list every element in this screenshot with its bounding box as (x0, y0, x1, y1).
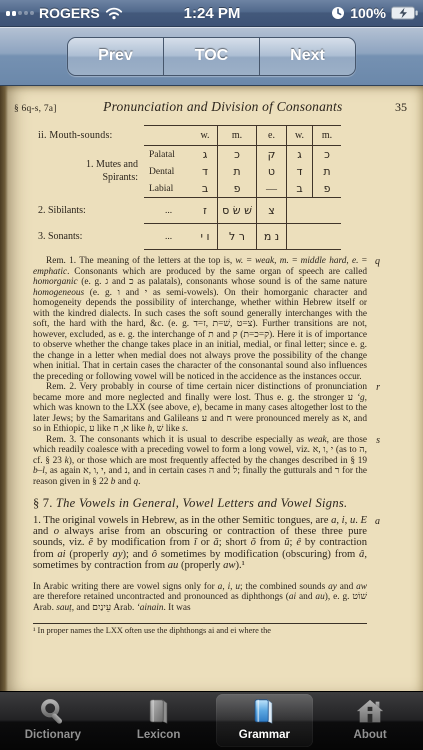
tab-label: About (354, 729, 387, 741)
page-header: § 6q-s, 7a] Pronunciation and Division o… (14, 99, 407, 115)
col-header-e: e. (257, 126, 287, 146)
tab-lexicon[interactable]: Lexicon (106, 692, 212, 750)
tab-dictionary[interactable]: Dictionary (0, 692, 106, 750)
col-header-m2: m. (313, 126, 342, 146)
tab-bar: Dictionary Lexicon (0, 691, 423, 750)
table-row: 3. Sonants: ... ו י ר ל נ מ (34, 224, 341, 250)
tab-label: Grammar (239, 729, 290, 741)
toc-button[interactable]: TOC (163, 38, 259, 75)
clock-time-label: 1:24 PM (184, 5, 241, 22)
page-number: 35 (389, 100, 407, 115)
book-icon (144, 696, 174, 728)
tab-label: Dictionary (25, 729, 81, 741)
footnote-divider (33, 623, 367, 624)
table-row: 1. Mutes and Spirants: Palatal ג כ ק ג כ (34, 146, 341, 164)
arabic-note-paragraph: In Arabic writing there are vowel signs … (33, 582, 367, 614)
alarm-clock-icon (331, 6, 345, 20)
tab-about[interactable]: About (317, 692, 423, 750)
col-header-w2: w. (287, 126, 313, 146)
app-screen: ROGERS 1:24 PM 100% (0, 0, 423, 750)
search-icon (38, 696, 68, 728)
margin-letter-s: s (376, 436, 380, 447)
table-row: 2. Sibilants: ... ז שׁ שׂ ס צ (34, 198, 341, 224)
book-page-view[interactable]: § 6q-s, 7a] Pronunciation and Division o… (0, 86, 423, 694)
book-icon-selected (249, 696, 279, 728)
prev-button[interactable]: Prev (68, 38, 163, 75)
section-reference: § 6q-s, 7a] (14, 104, 57, 114)
carrier-label: ROGERS (39, 5, 100, 21)
sibilants-label: 2. Sibilants: (34, 198, 144, 224)
page-title: Pronunciation and Division of Consonants (57, 99, 389, 115)
tab-grammar[interactable]: Grammar (212, 692, 318, 750)
status-right: 100% (240, 5, 423, 21)
sonants-label: 3. Sonants: (34, 224, 144, 250)
status-left: ROGERS (0, 5, 184, 21)
next-button[interactable]: Next (259, 38, 355, 75)
mutes-spirants-label: 1. Mutes and Spirants: (34, 146, 144, 198)
table-caption: ii. Mouth-sounds: (34, 126, 144, 146)
battery-charging-icon (391, 6, 418, 20)
navigation-toolbar: Prev TOC Next (0, 27, 423, 86)
margin-letter-r: r (376, 383, 380, 394)
footnote-text: ¹ In proper names the LXX often use the … (33, 626, 367, 635)
tab-label: Lexicon (137, 729, 180, 741)
margin-letter-q: q (375, 257, 380, 268)
remark-1-paragraph: Rem. 1. The meaning of the letters at th… (33, 256, 367, 382)
section-7-heading: § 7. The Vowels in General, Vowel Letter… (33, 496, 367, 511)
vowels-paragraph: 1. The original vowels in Hebrew, as in … (33, 515, 367, 571)
consonant-table: ii. Mouth-sounds: w. m. e. w. m. 1. Mute… (34, 125, 341, 250)
margin-letter-a: a (375, 516, 380, 527)
remark-3-paragraph: Rem. 3. The consonants which it is usual… (33, 435, 367, 488)
col-header-m1: m. (218, 126, 257, 146)
signal-strength-icon (6, 11, 34, 16)
battery-percent-label: 100% (350, 5, 386, 21)
wifi-icon (105, 7, 123, 20)
body-text-column: Rem. 1. The meaning of the letters at th… (33, 256, 367, 635)
col-header-w1: w. (193, 126, 218, 146)
remark-2-paragraph: Rem. 2. Very probably in course of time … (33, 382, 367, 435)
home-icon (355, 696, 385, 728)
page-nav-segmented-control: Prev TOC Next (67, 37, 356, 76)
status-bar: ROGERS 1:24 PM 100% (0, 0, 423, 27)
